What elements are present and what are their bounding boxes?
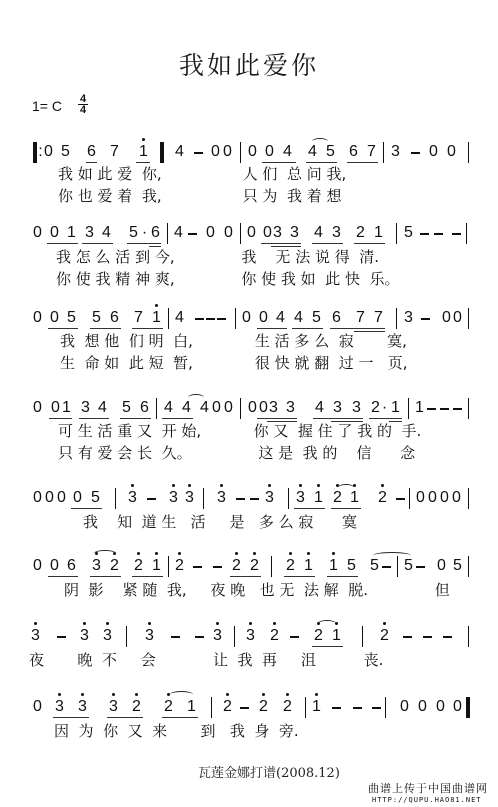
dash <box>194 152 203 154</box>
note: 5 <box>128 224 139 242</box>
notation-line: 0 0 5 5 6 7 1 4 0 0 4 4 5 6 7 7 3 0 0 <box>0 307 498 329</box>
note: 0 <box>435 698 446 716</box>
note: 3 <box>285 399 296 417</box>
underline <box>107 717 143 718</box>
note: 1 <box>151 557 162 575</box>
underline <box>90 576 121 577</box>
dash <box>411 152 420 154</box>
time-signature-top: 4 <box>77 94 89 104</box>
note: 0 <box>43 143 54 161</box>
note: 7 <box>355 309 366 327</box>
note: 3 <box>127 489 138 507</box>
note: 6 <box>150 224 161 242</box>
note: 0 <box>427 489 438 507</box>
note: 3 <box>77 698 88 716</box>
lyric-line-1: 我 怎 么 活 到 今, 我 无 法 说 得 清. <box>56 248 379 266</box>
barline <box>115 488 116 509</box>
dash <box>171 636 180 638</box>
note: 3 <box>216 489 227 507</box>
barline <box>234 626 235 647</box>
barline <box>203 488 204 509</box>
barline <box>468 556 469 577</box>
note: 0 <box>223 224 234 242</box>
barline-thick <box>160 142 164 163</box>
note: 4 <box>307 143 318 161</box>
dash <box>372 707 381 709</box>
dash <box>353 707 362 709</box>
note: 1 <box>303 557 314 575</box>
note: 0 <box>223 399 234 417</box>
note: 0 <box>50 399 61 417</box>
note: 5 <box>369 557 380 575</box>
barline <box>167 223 168 244</box>
barline <box>362 626 363 647</box>
note: 2 <box>313 627 324 645</box>
note: 4 <box>313 224 324 242</box>
underline <box>149 246 161 247</box>
note: 1 <box>414 399 425 417</box>
lyric-line-1: 阴 影 紧 随 我, 夜 晚 也 无 法 解 脱. 但 <box>64 581 450 599</box>
barline <box>466 223 467 244</box>
note: 1 <box>331 627 342 645</box>
note: 0 <box>439 489 450 507</box>
note: 0 <box>211 399 222 417</box>
note: 2 <box>133 557 144 575</box>
underline <box>313 418 363 419</box>
note: 5 <box>66 309 77 327</box>
dash <box>290 636 299 638</box>
dash <box>57 636 66 638</box>
note: 0 <box>264 143 275 161</box>
barline <box>271 556 272 577</box>
note: 3 <box>168 489 179 507</box>
note: 0 <box>205 224 216 242</box>
note: 1 <box>138 143 149 161</box>
note: 7 <box>373 309 384 327</box>
dash <box>453 408 462 410</box>
lyric-line-2: 你 也 爱 着 我, 只 为 我 着 想 <box>58 187 342 205</box>
lyric-line-2: 只 有 爱 会 长 久。 这 是 我 的 信 念 <box>58 444 415 462</box>
dash <box>240 707 249 709</box>
note: 2 <box>222 698 233 716</box>
underline <box>127 243 161 244</box>
note: 7 <box>109 143 120 161</box>
note: 3 <box>79 627 90 645</box>
dash <box>188 233 197 235</box>
note: 7 <box>366 143 377 161</box>
note: 3 <box>102 627 113 645</box>
note: 5 <box>90 489 101 507</box>
note: 2 <box>163 698 174 716</box>
note: 0 <box>428 143 439 161</box>
underline <box>327 576 358 577</box>
dash <box>195 318 204 320</box>
dash <box>420 233 429 235</box>
note: 4 <box>293 309 304 327</box>
note: 0 <box>452 698 463 716</box>
barline <box>385 697 386 718</box>
note: 7 <box>133 309 144 327</box>
underline <box>271 246 301 247</box>
underline <box>120 418 151 419</box>
underline <box>312 646 343 647</box>
lyric-line-1: 我 知 道 生 活 是 多 么 寂 寞 <box>83 513 357 531</box>
dash <box>206 318 215 320</box>
note: 2 <box>377 489 388 507</box>
note: 2 <box>231 557 242 575</box>
note: 3 <box>403 309 414 327</box>
dash <box>427 408 436 410</box>
notation-line: 0 3 3 3 2 2 1 2 2 2 1 0 0 0 0 <box>0 696 498 718</box>
note: 0 <box>247 399 258 417</box>
lyric-line-1: 我 想 他 们 明 白, 生 活 多 么 寂 寞, <box>60 332 407 350</box>
barline <box>235 308 236 329</box>
note: 5 <box>121 399 132 417</box>
dot-rhythm: · <box>381 399 388 417</box>
note: 0 <box>247 143 258 161</box>
note: 1 <box>61 399 72 417</box>
notation-line: 0 0 1 3 4 5 · 6 4 0 0 0 0 3 3 4 3 2 1 5 <box>0 222 498 244</box>
dash <box>403 636 412 638</box>
barline <box>305 697 306 718</box>
note: 0 <box>399 698 410 716</box>
note: 3 <box>264 489 275 507</box>
note: 2 <box>332 489 343 507</box>
note: 0 <box>446 143 457 161</box>
barline <box>240 398 241 419</box>
note: 5 <box>346 557 357 575</box>
note: 0 <box>246 224 257 242</box>
underline <box>369 418 402 419</box>
note: 0 <box>49 309 60 327</box>
dash <box>421 318 430 320</box>
dot-rhythm: · <box>141 224 148 242</box>
note: 2 <box>379 627 390 645</box>
note: 0 <box>32 224 43 242</box>
dash <box>236 498 245 500</box>
underline <box>306 162 337 163</box>
notation-line: : 0 5 6 7 1 4 0 0 0 0 4 4 5 6 7 3 0 0 <box>0 141 498 163</box>
barline <box>408 398 409 419</box>
note: 0 <box>210 143 221 161</box>
underline <box>257 418 297 419</box>
note: 0 <box>49 224 60 242</box>
note: 0 <box>222 143 233 161</box>
dash <box>332 707 341 709</box>
barline <box>156 398 157 419</box>
note: 1 <box>328 557 339 575</box>
dash <box>250 498 259 500</box>
lyric-line-2: 生 命 如 此 短 暂, 很 快 就 翻 过 一 页, <box>60 354 408 372</box>
transcriber-credit: 瓦莲金娜打谱(2008.12) <box>198 762 340 781</box>
note: 3 <box>84 224 95 242</box>
underline <box>330 328 385 329</box>
note: 2 <box>174 557 185 575</box>
note: 5 <box>325 143 336 161</box>
note: 4 <box>97 399 108 417</box>
note: 0 <box>32 557 43 575</box>
dash <box>195 636 204 638</box>
note: 0 <box>241 309 252 327</box>
note: 1 <box>349 489 360 507</box>
note: 2 <box>131 698 142 716</box>
note: 4 <box>163 399 174 417</box>
note: 3 <box>390 143 401 161</box>
underline <box>284 576 315 577</box>
note: 5 <box>60 143 71 161</box>
notation-line: 3 3 3 3 3 3 2 2 1 2 <box>0 625 498 647</box>
note: 0 <box>415 489 426 507</box>
underline <box>230 576 261 577</box>
note: 4 <box>275 309 286 327</box>
note: 4 <box>181 399 192 417</box>
note: 0 <box>451 489 462 507</box>
lyric-line-2: 你 使 我 精 神 爽, 你 使 我 如 此 快 乐。 <box>56 270 400 288</box>
note: 2 <box>282 698 293 716</box>
note: 3 <box>272 224 283 242</box>
note: 3 <box>30 627 41 645</box>
note: 0 <box>32 698 43 716</box>
note: 4 <box>174 309 185 327</box>
note: 3 <box>144 627 155 645</box>
note: 5 <box>91 309 102 327</box>
note: 3 <box>289 224 300 242</box>
dash <box>452 233 461 235</box>
underline <box>162 418 193 419</box>
barline <box>468 488 469 509</box>
barline <box>468 308 469 329</box>
note: 0 <box>49 557 60 575</box>
note: 5 <box>311 309 322 327</box>
note: 4 <box>173 224 184 242</box>
dash <box>423 636 432 638</box>
barline <box>409 488 410 509</box>
note: 0 <box>441 309 452 327</box>
dash <box>147 498 156 500</box>
underline <box>347 162 378 163</box>
note: 3 <box>268 399 279 417</box>
underline <box>82 243 113 244</box>
note: 3 <box>295 489 306 507</box>
note: 5 <box>452 557 463 575</box>
barline <box>383 142 384 163</box>
note: 3 <box>184 489 195 507</box>
barline <box>211 697 212 718</box>
note: 0 <box>72 489 83 507</box>
dash <box>440 408 449 410</box>
note: 0 <box>32 309 43 327</box>
underline <box>48 576 78 577</box>
underline <box>262 162 296 163</box>
dash <box>213 566 222 568</box>
underline <box>79 418 109 419</box>
barline <box>240 142 241 163</box>
tie <box>170 691 193 698</box>
note: 6 <box>109 309 120 327</box>
barline <box>396 223 397 244</box>
lyric-line-1: 我 如 此 爱 你, 人 们 总 问 我, <box>58 165 346 183</box>
underline <box>71 508 102 509</box>
dash <box>193 566 202 568</box>
note: 2 <box>249 557 260 575</box>
note: 0 <box>258 309 269 327</box>
note: 0 <box>56 489 67 507</box>
note: 1 <box>313 489 324 507</box>
dash <box>217 318 226 320</box>
note: 3 <box>91 557 102 575</box>
note: 0 <box>44 489 55 507</box>
barline <box>168 308 169 329</box>
note: 2 <box>258 698 269 716</box>
underline <box>47 243 78 244</box>
note: 1 <box>311 698 322 716</box>
note: 4 <box>199 399 210 417</box>
note: 3 <box>332 399 343 417</box>
dash <box>416 566 425 568</box>
underline <box>294 508 325 509</box>
note: 6 <box>139 399 150 417</box>
note: 0 <box>436 557 447 575</box>
barline <box>240 223 241 244</box>
dash <box>443 636 452 638</box>
underline <box>53 717 89 718</box>
watermark-text: 曲谱上传于中国曲谱网 <box>368 780 488 796</box>
time-signature: 4 4 <box>77 94 89 115</box>
underline <box>86 162 97 163</box>
note: 5 <box>403 224 414 242</box>
note: 2 <box>370 399 381 417</box>
underline <box>90 328 121 329</box>
note: 1 <box>66 224 77 242</box>
dash <box>434 233 443 235</box>
dash <box>382 566 391 568</box>
note: 6 <box>348 143 359 161</box>
final-barline <box>466 697 470 718</box>
lyric-line-1: 可 生 活 重 又 开 始, 你 又 握 住 了 我 的 手. <box>58 422 421 440</box>
barline <box>468 626 469 647</box>
note: 4 <box>314 399 325 417</box>
note: 6 <box>86 143 97 161</box>
note: 6 <box>66 557 77 575</box>
underline <box>354 243 385 244</box>
note: 4 <box>282 143 293 161</box>
underline <box>312 243 343 244</box>
notation-line: 0 0 6 3 2 2 1 2 2 2 2 1 1 5 5 5 0 5 <box>0 555 498 577</box>
barline <box>168 556 169 577</box>
note: 1 <box>186 698 197 716</box>
key-signature: 1= C <box>32 98 62 114</box>
note: 1 <box>390 399 401 417</box>
note: 2 <box>285 557 296 575</box>
note: 6 <box>331 309 342 327</box>
underline <box>132 328 163 329</box>
note: 5 <box>403 557 414 575</box>
underline <box>48 328 78 329</box>
barline <box>468 142 469 163</box>
note: 1 <box>151 309 162 327</box>
note: 3 <box>80 399 91 417</box>
time-signature-bottom: 4 <box>77 105 89 115</box>
note: 3 <box>212 627 223 645</box>
underline <box>49 418 72 419</box>
lyric-line-1: 夜 晚 不 会 让 我 再 沮 丧. <box>29 651 383 669</box>
note: 0 <box>417 698 428 716</box>
underline <box>257 328 287 329</box>
barline <box>288 488 289 509</box>
watermark-url: HTTP://QUPU.HAO81.NET <box>372 796 482 804</box>
underline <box>331 508 361 509</box>
underline <box>162 717 198 718</box>
underline <box>261 243 301 244</box>
barline <box>396 308 397 329</box>
tie <box>318 620 336 627</box>
dash <box>396 498 405 500</box>
note: 3 <box>245 627 256 645</box>
note: 0 <box>32 489 43 507</box>
repeat-start-barline <box>33 142 37 163</box>
barline <box>126 626 127 647</box>
barline <box>468 398 469 419</box>
notation-line: 0 0 0 0 5 3 3 3 3 3 3 1 2 1 2 0 0 0 0 <box>0 487 498 509</box>
note: 3 <box>108 698 119 716</box>
underline <box>292 328 323 329</box>
underline <box>136 162 150 163</box>
note: 3 <box>54 698 65 716</box>
note: 0 <box>452 309 463 327</box>
barline <box>397 556 398 577</box>
song-title: 我如此爱你 <box>0 46 498 82</box>
note: 2 <box>269 627 280 645</box>
lyric-line-1: 因 为 你 又 来 到 我 身 旁. <box>54 722 299 740</box>
note: 2 <box>355 224 366 242</box>
note: 1 <box>373 224 384 242</box>
note: 3 <box>351 399 362 417</box>
note: 0 <box>32 399 43 417</box>
underline <box>132 576 163 577</box>
note: 3 <box>331 224 342 242</box>
notation-line: 0 0 1 3 4 5 6 4 4 4 0 0 0 0 3 3 4 3 3 2 … <box>0 397 498 419</box>
note: 4 <box>174 143 185 161</box>
note: 4 <box>101 224 112 242</box>
note: 2 <box>109 557 120 575</box>
